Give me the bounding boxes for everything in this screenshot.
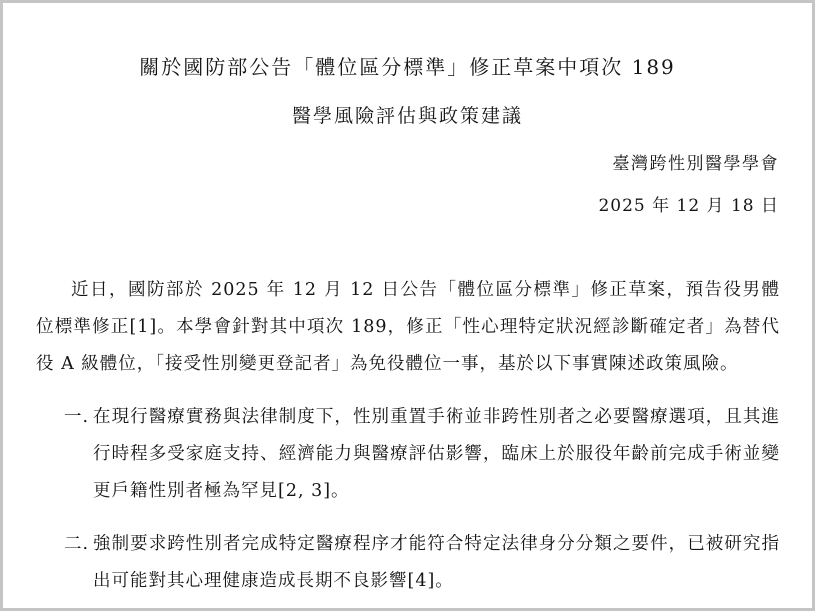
risk-list: 一. 在現行醫療實務與法律制度下，性別重置手術並非跨性別者之必要醫療選項，且其進… bbox=[36, 399, 780, 600]
list-item-text: 強制要求跨性別者完成特定醫療程序才能符合特定法律身分分類之要件，已被研究指出可能… bbox=[93, 534, 780, 591]
date-line: 2025 年 12 月 18 日 bbox=[36, 196, 779, 216]
list-item-marker: 二. bbox=[64, 526, 89, 563]
document-title: 關於國防部公告「體位區分標準」修正草案中項次 189 bbox=[36, 55, 779, 79]
document-page: 關於國防部公告「體位區分標準」修正草案中項次 189 醫學風險評估與政策建議 臺… bbox=[0, 0, 815, 611]
list-item-marker: 一. bbox=[64, 399, 89, 436]
intro-paragraph: 近日，國防部於 2025 年 12 月 12 日公告「體位區分標準」修正草案，預… bbox=[36, 272, 780, 383]
author-line: 臺灣跨性別醫學學會 bbox=[36, 154, 779, 174]
list-item: 一. 在現行醫療實務與法律制度下，性別重置手術並非跨性別者之必要醫療選項，且其進… bbox=[36, 399, 780, 510]
list-item: 二. 強制要求跨性別者完成特定醫療程序才能符合特定法律身分分類之要件，已被研究指… bbox=[36, 526, 780, 600]
document-subtitle: 醫學風險評估與政策建議 bbox=[36, 104, 779, 128]
list-item-text: 在現行醫療實務與法律制度下，性別重置手術並非跨性別者之必要醫療選項，且其進行時程… bbox=[93, 407, 780, 501]
